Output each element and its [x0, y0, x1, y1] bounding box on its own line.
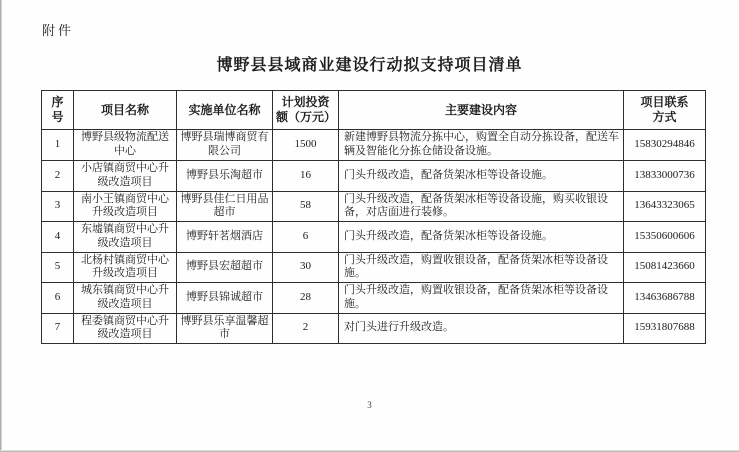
table-row: 4 东墟镇商贸中心升级改造项目 博野轩茗烟酒店 6 门头升级改造，配备货架冰柜等… [42, 222, 706, 253]
contact-cell: 15830294846 [624, 130, 706, 161]
header-cell-unit-name: 实施单位名称 [177, 91, 273, 130]
attachment-label: 附件 [42, 20, 74, 39]
unit-name-cell: 博野县瑞博商贸有限公司 [177, 130, 273, 161]
content-cell: 门头升级改造，购置收银设备，配备货架冰柜等设备设施。 [339, 252, 624, 283]
investment-cell: 16 [273, 161, 339, 192]
seq-cell: 7 [42, 313, 74, 344]
table-row: 3 南小王镇商贸中心升级改造项目 博野县佳仁日用品超市 58 门头升级改造，配备… [42, 191, 706, 222]
header-cell-content: 主要建设内容 [339, 91, 624, 130]
header-cell-investment: 计划投资额（万元） [273, 91, 339, 130]
project-name-cell: 城东镇商贸中心升级改造项目 [74, 283, 177, 314]
seq-cell: 6 [42, 283, 74, 314]
project-name-cell: 东墟镇商贸中心升级改造项目 [74, 222, 177, 253]
unit-name-cell: 博野县乐享温馨超市 [177, 313, 273, 344]
content-cell: 门头升级改造，配备货架冰柜等设备设施。 [339, 222, 624, 253]
seq-cell: 1 [42, 130, 74, 161]
unit-name-cell: 博野轩茗烟酒店 [177, 222, 273, 253]
seq-cell: 2 [42, 161, 74, 192]
contact-cell: 15081423660 [624, 252, 706, 283]
content-cell: 新建博野县物流分拣中心，购置全自动分拣设备，配送车辆及智能化分拣仓储设备设施。 [339, 130, 624, 161]
project-name-cell: 程委镇商贸中心升级改造项目 [74, 313, 177, 344]
investment-cell: 28 [273, 283, 339, 314]
unit-name-cell: 博野县佳仁日用品超市 [177, 191, 273, 222]
table-row: 5 北杨村镇商贸中心升级改造项目 博野县宏超超市 30 门头升级改造，购置收银设… [42, 252, 706, 283]
header-cell-seq: 序号 [42, 91, 74, 130]
contact-cell: 15931807688 [624, 313, 706, 344]
table-row: 2 小店镇商贸中心升级改造项目 博野县乐淘超市 16 门头升级改造，配备货架冰柜… [42, 161, 706, 192]
contact-cell: 13833000736 [624, 161, 706, 192]
contact-cell: 13643323065 [624, 191, 706, 222]
investment-cell: 58 [273, 191, 339, 222]
table-row: 1 博野县级物流配送中心 博野县瑞博商贸有限公司 1500 新建博野县物流分拣中… [42, 130, 706, 161]
page-number: 3 [0, 400, 739, 410]
projects-table: 序号 项目名称 实施单位名称 计划投资额（万元） 主要建设内容 项目联系方式 1… [41, 90, 706, 344]
contact-cell: 13463686788 [624, 283, 706, 314]
seq-cell: 4 [42, 222, 74, 253]
investment-cell: 2 [273, 313, 339, 344]
content-cell: 门头升级改造，配备货架冰柜等设备设施。 [339, 161, 624, 192]
project-name-cell: 北杨村镇商贸中心升级改造项目 [74, 252, 177, 283]
contact-cell: 15350600606 [624, 222, 706, 253]
unit-name-cell: 博野县乐淘超市 [177, 161, 273, 192]
investment-cell: 1500 [273, 130, 339, 161]
table-row: 7 程委镇商贸中心升级改造项目 博野县乐享温馨超市 2 对门头进行升级改造。 1… [42, 313, 706, 344]
investment-cell: 6 [273, 222, 339, 253]
project-name-cell: 博野县级物流配送中心 [74, 130, 177, 161]
seq-cell: 5 [42, 252, 74, 283]
table-row: 6 城东镇商贸中心升级改造项目 博野县锦诚超市 28 门头升级改造，购置收银设备… [42, 283, 706, 314]
content-cell: 门头升级改造，配备货架冰柜等设备设施，购买收银设备，对店面进行装修。 [339, 191, 624, 222]
header-cell-project-name: 项目名称 [74, 91, 177, 130]
table-header-row: 序号 项目名称 实施单位名称 计划投资额（万元） 主要建设内容 项目联系方式 [42, 91, 706, 130]
project-name-cell: 小店镇商贸中心升级改造项目 [74, 161, 177, 192]
unit-name-cell: 博野县宏超超市 [177, 252, 273, 283]
investment-cell: 30 [273, 252, 339, 283]
content-cell: 对门头进行升级改造。 [339, 313, 624, 344]
seq-cell: 3 [42, 191, 74, 222]
page-title: 博野县县域商业建设行动拟支持项目清单 [0, 52, 739, 75]
project-name-cell: 南小王镇商贸中心升级改造项目 [74, 191, 177, 222]
header-cell-contact: 项目联系方式 [624, 91, 706, 130]
content-cell: 门头升级改造，购置收银设备，配备货架冰柜等设备设施。 [339, 283, 624, 314]
unit-name-cell: 博野县锦诚超市 [177, 283, 273, 314]
